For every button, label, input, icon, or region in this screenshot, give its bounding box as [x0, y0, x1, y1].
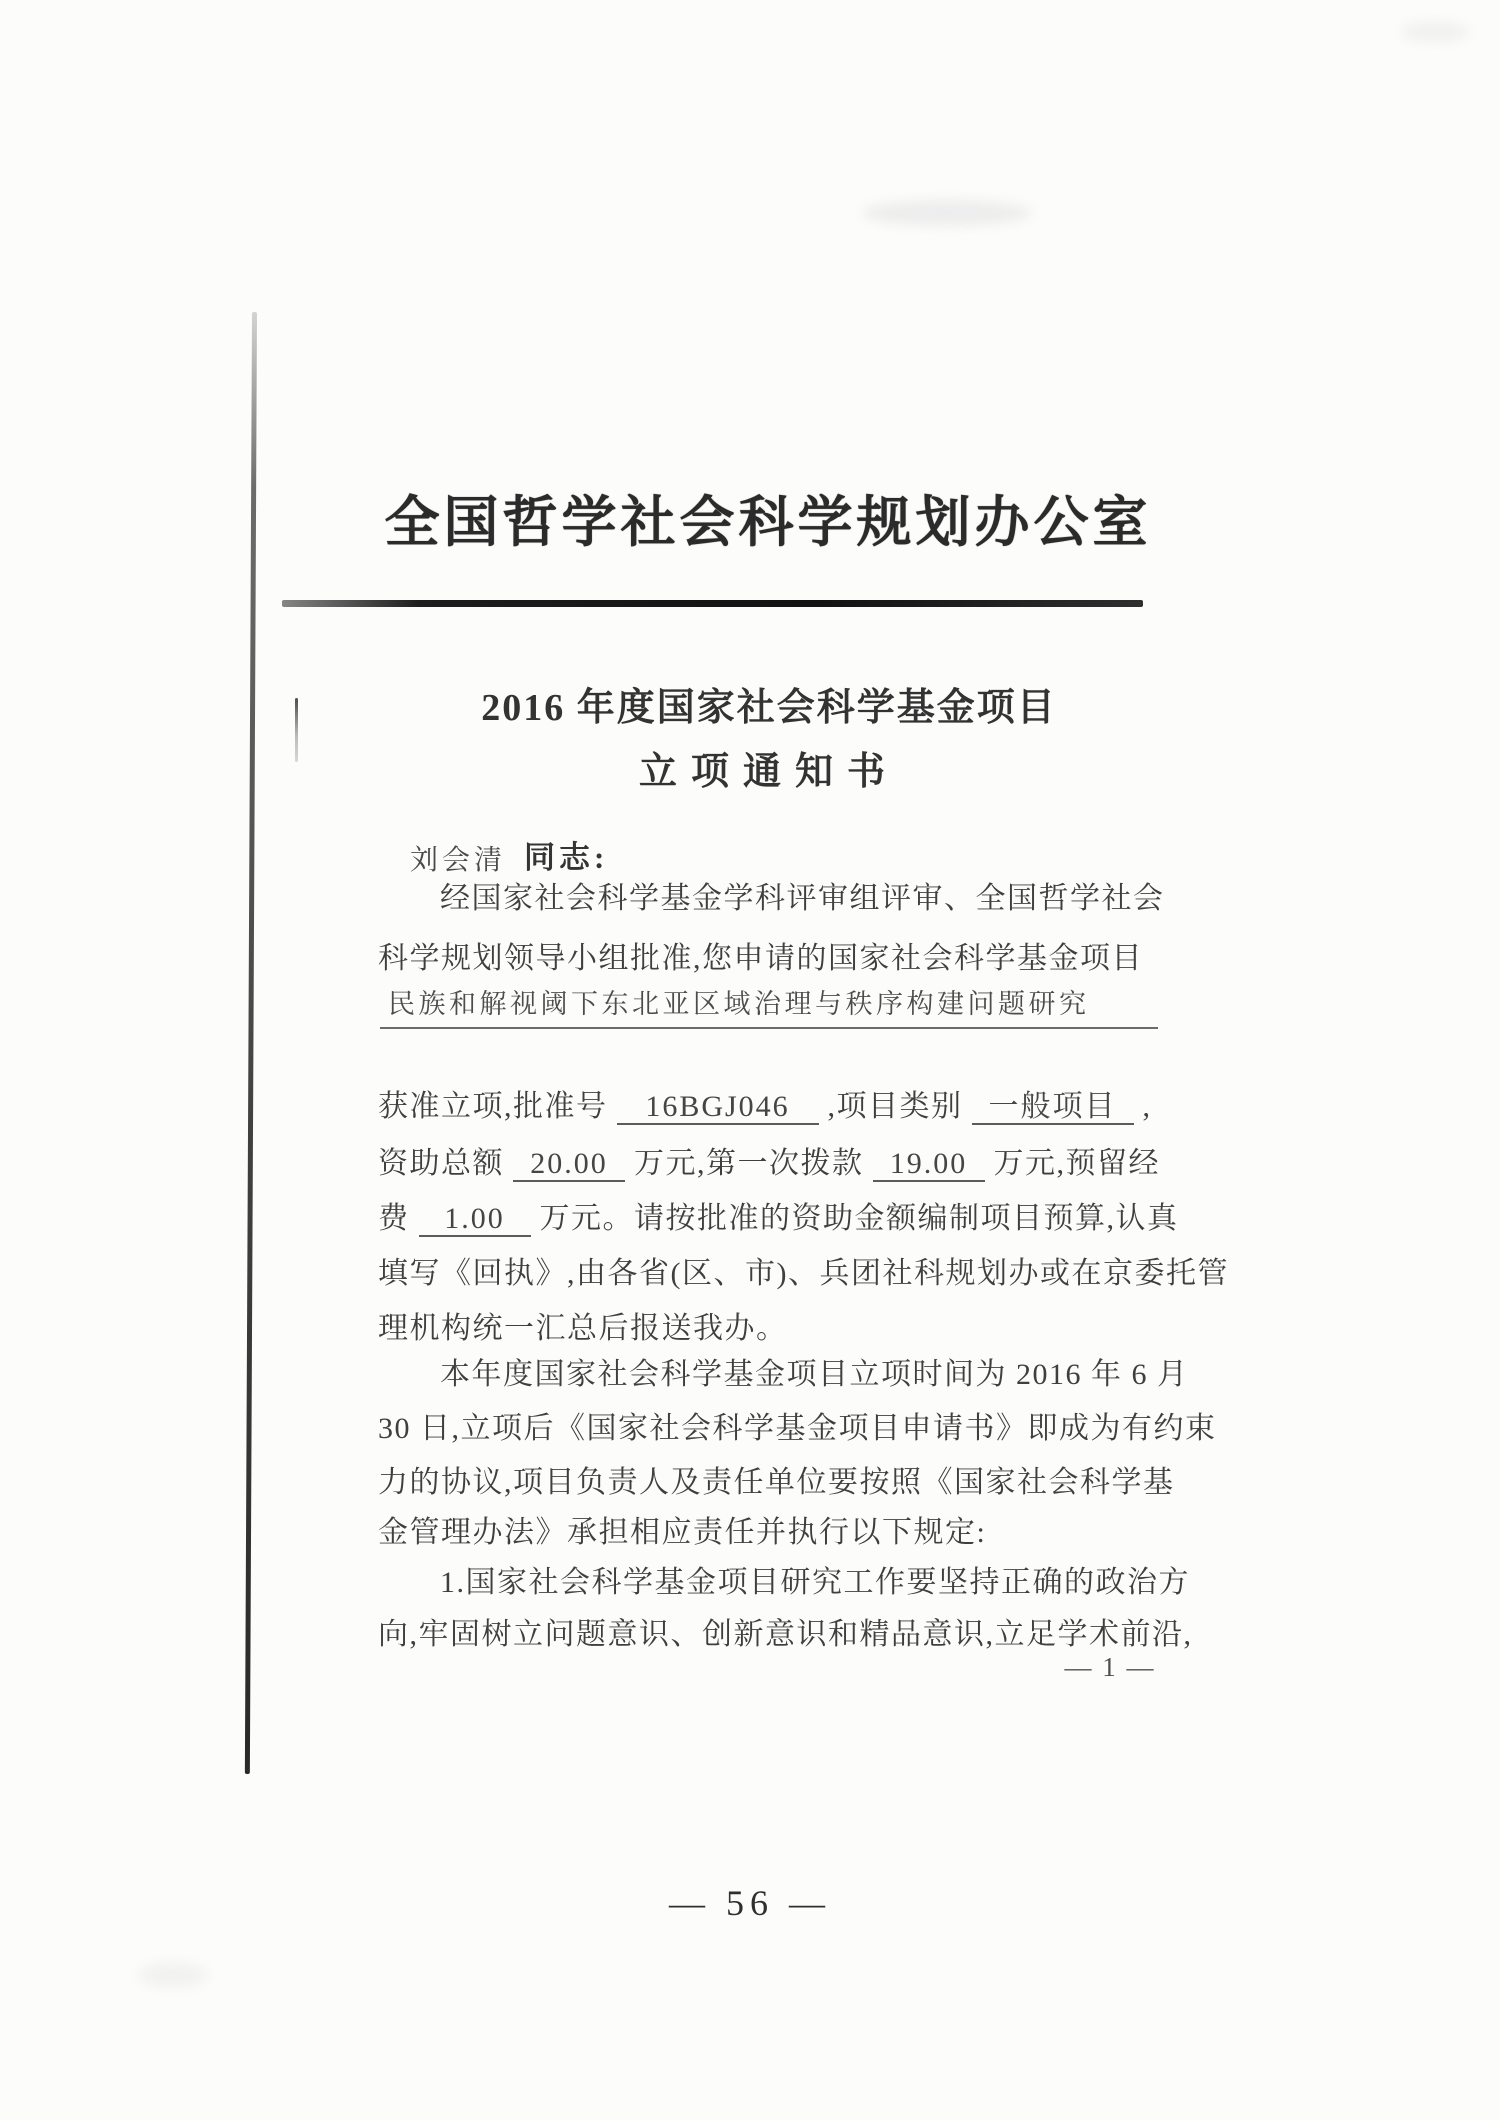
notice-title-line1: 2016 年度国家社会科学基金项目 [38, 676, 1500, 731]
scan-smudge [138, 1962, 208, 1988]
salutation-recipient-name: 刘会清 [410, 838, 506, 878]
approval-line3-text2: 万元。请按批准的资助金额编制项目预算,认真 [540, 1202, 1179, 1235]
salutation-honorific: 同志: [524, 832, 608, 877]
scan-smudge [1400, 22, 1470, 42]
body-para3-line3: 力的协议,项目负责人及责任单位要按照《国家社会科学基 [378, 1466, 1148, 1500]
total-amount-fill: 20.00 [513, 1149, 625, 1182]
letterhead-rule [282, 600, 1143, 607]
body-para1-line1: 经国家社会科学基金学科评审组评审、全国哲学社会 [378, 882, 1210, 916]
sheet-page-number: — 56 — [600, 1882, 900, 1924]
approval-line5: 理机构统一汇总后报送我办。 [378, 1312, 1148, 1346]
body-para4-line1: 1.国家社会科学基金项目研究工作要坚持正确的政治方 [378, 1566, 1210, 1600]
notice-title-line2: 立项通知书 [38, 740, 1500, 795]
project-type-fill: 一般项目 [972, 1092, 1134, 1125]
approval-line2-text2: 万元,第一次拨款 [634, 1147, 864, 1180]
approval-line4: 填写《回执》,由各省(区、市)、兵团社科规划办或在京委托管 [378, 1257, 1148, 1291]
first-payment-fill: 19.00 [873, 1149, 985, 1182]
scanned-notice-page: 全国哲学社会科学规划办公室 2016 年度国家社会科学基金项目 立项通知书 刘会… [0, 0, 1500, 2120]
letterhead-org-title: 全国哲学社会科学规划办公室 [36, 478, 1500, 557]
scan-smudge [862, 200, 1032, 226]
approval-line2: 资助总额 20.00 万元,第一次拨款 19.00 万元,预留经 [378, 1147, 1148, 1182]
body-para3-line4: 金管理办法》承担相应责任并执行以下规定: [378, 1516, 1148, 1550]
approval-line1: 获准立项,批准号 16BGJ046 ,项目类别 一般项目 , [378, 1090, 1148, 1125]
approval-line2-text3: 万元,预留经 [994, 1147, 1161, 1180]
project-title-handwritten: 民族和解视阈下东北亚区域治理与秩序构建问题研究 [380, 982, 1158, 1029]
approval-line2-text: 资助总额 [378, 1147, 504, 1180]
body-para1-line2: 科学规划领导小组批准,您申请的国家社会科学基金项目 [378, 942, 1148, 976]
inner-page-number: — 1 — [1040, 1652, 1180, 1683]
approval-line3: 费 1.00 万元。请按批准的资助金额编制项目预算,认真 [378, 1202, 1148, 1237]
body-para3-line1: 本年度国家社会科学基金项目立项时间为 2016 年 6 月 [378, 1358, 1210, 1392]
approval-number-fill: 16BGJ046 [617, 1092, 819, 1125]
body-para3-line2: 30 日,立项后《国家社会科学基金项目申请书》即成为有约束 [378, 1412, 1148, 1446]
approval-line1-text: 获准立项,批准号 [378, 1090, 608, 1123]
reserved-amount-fill: 1.00 [419, 1204, 531, 1237]
approval-line3-text: 费 [378, 1202, 410, 1235]
approval-line1-text3: , [1143, 1090, 1152, 1123]
approval-line1-text2: ,项目类别 [828, 1090, 963, 1123]
body-para4-line2: 向,牢固树立问题意识、创新意识和精品意识,立足学术前沿, [378, 1618, 1148, 1652]
